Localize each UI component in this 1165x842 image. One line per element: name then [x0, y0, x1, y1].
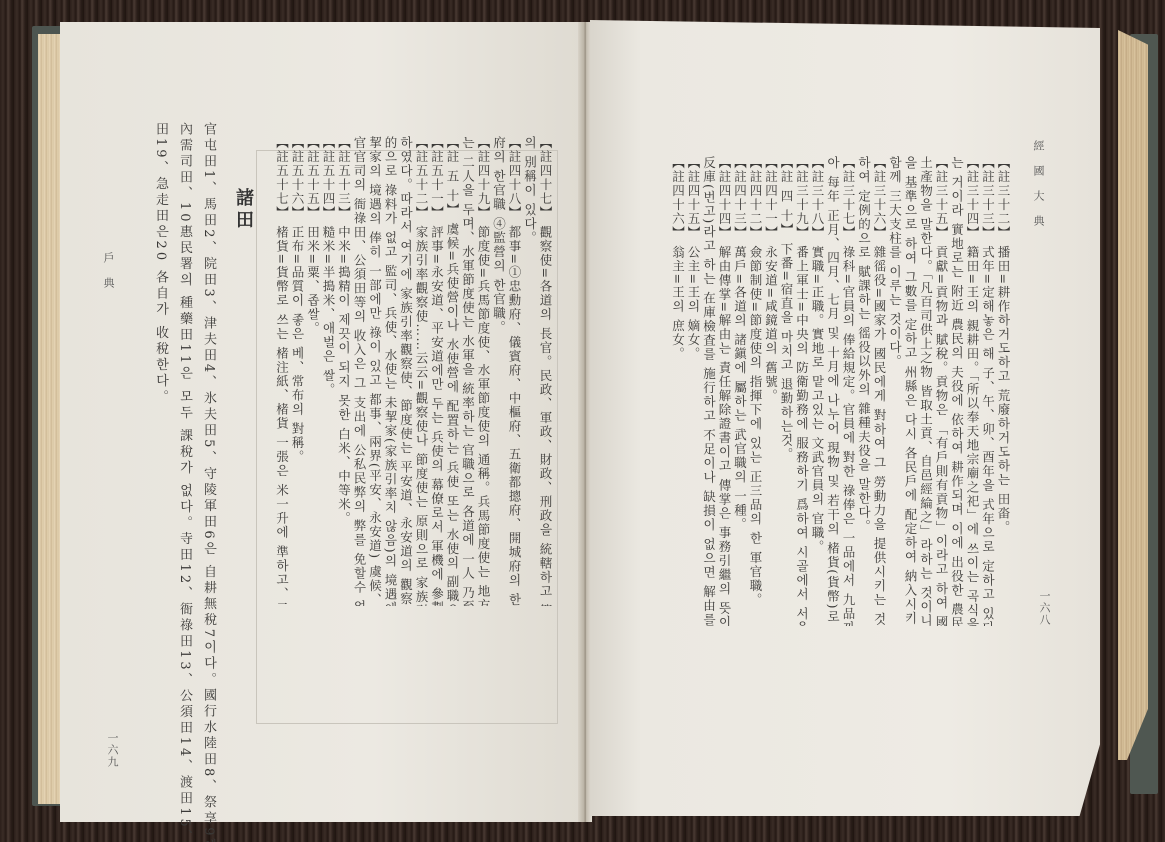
page-edges-right [1118, 30, 1148, 760]
page-number-left: 一六九 [104, 732, 120, 768]
note-line: 官官司의 衙祿田、公須田等의 收入은 그 支出에 公私民弊의 弊를 免할수 없었… [353, 136, 369, 606]
field-list-line: 官屯田1、馬田2、院田3、津夫田4、氷夫田5、守陵軍田6은 自耕無稅7이다。國行… [194, 122, 218, 582]
note-line: 【註五十五】 田米=粟、좁쌀。 [306, 136, 322, 606]
note-line: 【註三十三】 式年=定해놓은 해 子、午、卯、酉年을 式年으로 定하고 있다。 [981, 156, 997, 626]
note-line: 土產物을 말한다。「凡百司供上之物 皆取土貢、自邑經綸之」라하는 것이니 各州縣… [919, 156, 935, 626]
open-book: 戶典 一六九 官屯田1、馬田2、院田3、津夫田4、氷夫田5、守陵軍田6은 自耕無… [30, 14, 1158, 830]
note-line: 【註四十五】 公主=王의 嫡女。 [687, 156, 703, 626]
note-line: 【註四十七】 觀察使=各道의 長官。民政、軍政、財政、刑政을 統轄하고 管下의 … [539, 136, 555, 606]
note-line: 【註三十七】 祿科=官員의 俸給規定。官員에 對한 祿俸은 一品에서 九品까지를… [842, 156, 858, 626]
note-line: 【註五十六】 正布=品質이 좋은 베、常布의 對稱。 [291, 136, 307, 606]
field-list-line: 內需司田、10惠民署의 種藥田11은 모두 課稅가 없다。寺田12、衙祿田13、… [170, 122, 194, 582]
left-page: 戶典 一六九 官屯田1、馬田2、院田3、津夫田4、氷夫田5、守陵軍田6은 自耕無… [60, 22, 580, 822]
note-line: 的으로 祿料가 없고 監司、兵使、水使는 未挈家(家族引率치 않음)의 境遇에 … [384, 136, 400, 606]
note-line: 挈家의 境遇의 俸히 一部에만 祿이 있고 都事、兩界(平安、永安道) 虞候、評… [368, 136, 384, 606]
field-list-line: 田19、急走田은20 各自가 收稅한다。 [146, 122, 170, 582]
note-line: 【註四十九】 節度使=兵馬節度使、水軍節度使의 通稱。兵馬節度使는 地方의 兵馬… [477, 136, 493, 606]
note-line: 하여 定例的으로 賦課하는 徭役以外의 雜種夫役을 말한다。 [857, 156, 873, 626]
note-line: 【註五十一】 評事=永安道、平安道에만 두는 兵使의 幕僚로서 軍機에 參劃하는… [430, 136, 446, 606]
field-list: 官屯田1、馬田2、院田3、津夫田4、氷夫田5、守陵軍田6은 自耕無稅7이다。國行… [128, 122, 218, 582]
note-line: 【註四十四】 解由傳掌=解由는 責任解除證書이고 傳掌은 事務引繼의 뜻이다。官… [718, 156, 734, 626]
note-line: 【註五十三】 中米=搗精이 제끗이 되지 못한 白米、中等米。 [337, 136, 353, 606]
note-line: 【註五十七】 楮貨=貨幣로 쓰는 楮注紙、楮貨 一張은 米一升에 準하고、二十張… [275, 136, 291, 606]
notes-right: 【註三十二】 播田=耕作하거도하고 荒廢하거도하는 田畓。 【註三十三】 式年=… [662, 156, 1012, 626]
note-line: 아 每年 正月、四月、七月 및 十月에 나누어 現物 및 若干의 楮貨(貨幣)로… [826, 156, 842, 626]
running-head-left: 戶典 [100, 252, 116, 302]
running-head-right: 經國大典 [1030, 140, 1046, 240]
note-line: 【註三十五】 貢獻=貢物과 賦稅。貢物은 「有戶則有貢物」이라고 하여 國家가 … [935, 156, 951, 626]
notes-left: 【註四十七】 觀察使=各道의 長官。民政、軍政、財政、刑政을 統轄하고 管下의 … [264, 136, 554, 606]
note-line: 府의 한官職 ④監營의 한官職。 [492, 136, 508, 606]
page-number-right: 一六八 [1036, 590, 1052, 626]
note-line: 함께 三大支柱를 이루는 것이다。 [888, 156, 904, 626]
note-line: 【註三十二】 播田=耕作하거도하고 荒廢하거도하는 田畓。 [997, 156, 1013, 626]
note-line: 【註 四 十】 下番=宿直을 마치고 退勤하는것。 [780, 156, 796, 626]
note-line: 反庫(번고)라고 하는 在庫檢査를 施行하고 不足이나 缺損이 없으면 解由를 … [702, 156, 718, 626]
note-line: 【註 五 十】 虞候=兵使營이나 水使營에 配置하는 兵使 또는 水使의 副職으… [446, 136, 462, 606]
book-gutter [578, 22, 592, 822]
note-line: 【註四十一】 永安道=咸鏡道의 舊號。 [764, 156, 780, 626]
note-line: 【註四十三】 萬戶=各道의 諸鎭에 屬하는 武官職의 一種。 [733, 156, 749, 626]
note-line: 【註三十四】 籍田=王의 親耕田。「所以奉天地宗廟之祀」에 쓰이는 곡식을 栽培… [966, 156, 982, 626]
note-line: 의 別稱이 있다。 [523, 136, 539, 606]
note-line: 【註三十六】 雜徭役=國家가 國民에게 對하여 그 勞動力을 提供시키는 것을 … [873, 156, 889, 626]
note-line: 【註四十八】 都事=①忠勳府、儀賓府、中樞府、五衛都摠府、開城府의 한官職(從五… [508, 136, 524, 606]
note-line: 는 二人을 두며、水軍節度使는 水軍을 統率하는 官職으로 各道에 一人 乃至 … [461, 136, 477, 606]
note-line: 【註四十六】 翁主=王의 庶女。 [671, 156, 687, 626]
note-line: 하였다。따라서 여기에 家族引率觀察使、節度使는 平安道、永安道의 觀察使·節度… [399, 136, 415, 606]
note-line: 【註五十四】 糙米=半搗米、애벌은 쌀。 [322, 136, 338, 606]
note-line: 【註四十二】 僉節制使=節度使의 指揮下에 있는 正三品의 한 軍官職。 [749, 156, 765, 626]
right-page: 經國大典 一六八 【註三十二】 播田=耕作하거도하고 荒廢하거도하는 田畓。 【… [590, 20, 1100, 816]
note-line: 【註五十二】 家族引率觀察使……云云=觀察使나 節度使는 原則으로 家族引率을 … [415, 136, 431, 606]
note-line: 는 거이라 實地로는 附近 農民의 夫役에 依하여 耕作되며 이에 出役한 農民… [950, 156, 966, 626]
note-line: 을 基準으로 하여 그數를 定하고 州縣은 다시 各民戶에 配定하여 納入시키는… [904, 156, 920, 626]
note-line: 【註三十九】 番上軍士=中央의 防衛勤務에 服務하기 爲하여 시골에서 서울로 … [795, 156, 811, 626]
section-heading: 諸田 [230, 188, 256, 232]
note-line: 【註三十八】 實職=正職。實地로 맡고있는 文武官員의 官職。 [811, 156, 827, 626]
